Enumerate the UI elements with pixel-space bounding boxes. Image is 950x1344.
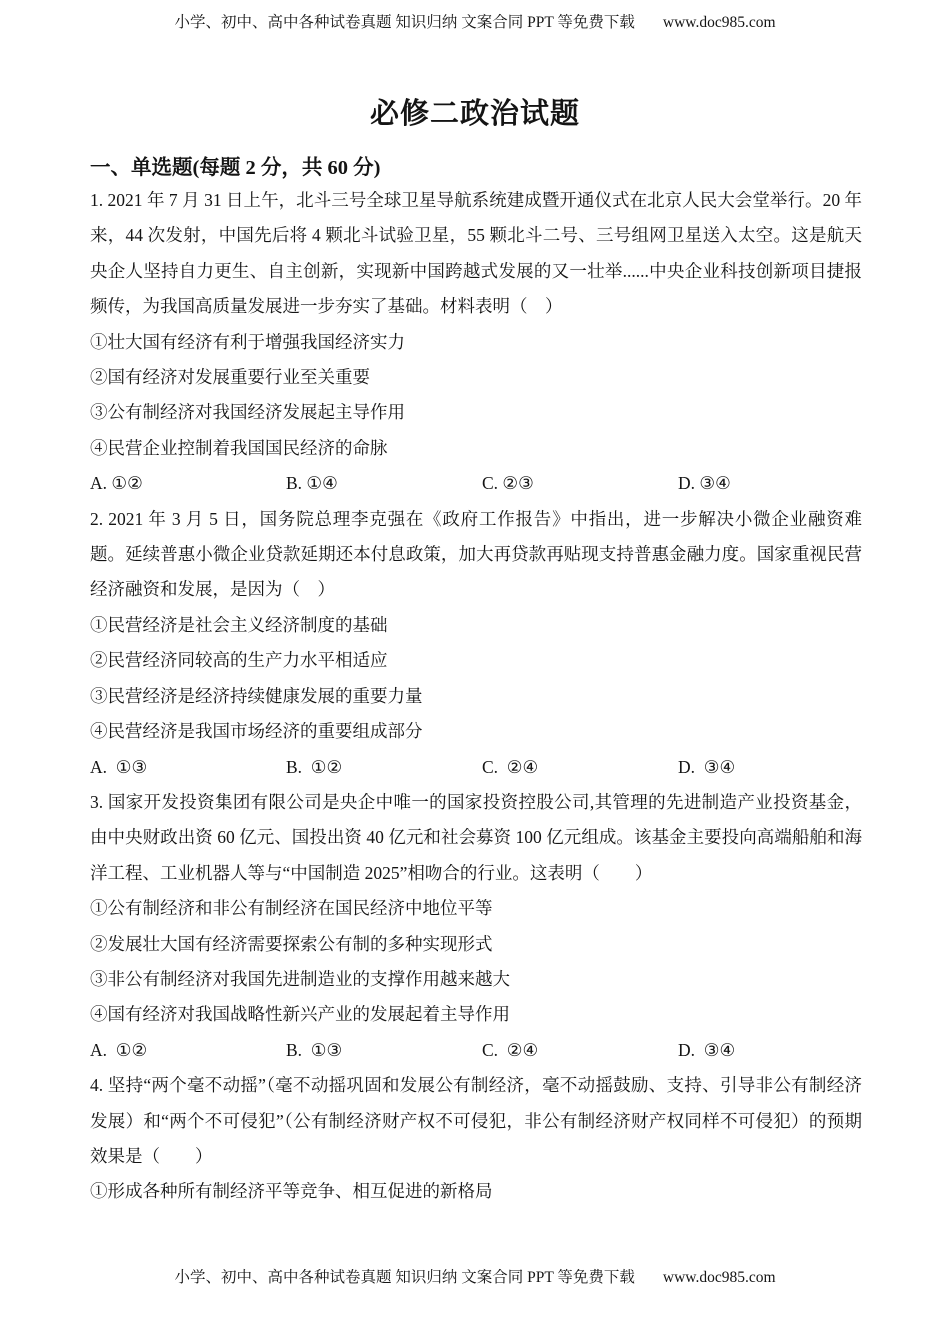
question-1-choices: A. ①② B. ①④ C. ②③ D. ③④: [90, 466, 862, 501]
question-3-choice-d: D. ③④: [678, 1033, 862, 1068]
question-2-choice-b: B. ①②: [286, 750, 482, 785]
question-3-stem: 3. 国家开发投资集团有限公司是央企中唯一的国家投资控股公司,其管理的先进制造产…: [90, 785, 862, 891]
page-header: 小学、初中、高中各种试卷真题 知识归纳 文案合同 PPT 等免费下载www.do…: [0, 0, 950, 33]
question-3-option-3: ③非公有制经济对我国先进制造业的支撑作用越来越大: [90, 962, 862, 997]
document-page: 小学、初中、高中各种试卷真题 知识归纳 文案合同 PPT 等免费下载www.do…: [0, 0, 950, 1210]
question-2: 2. 2021 年 3 月 5 日，国务院总理李克强在《政府工作报告》中指出，进…: [90, 502, 862, 785]
questions-area: 1. 2021 年 7 月 31 日上午，北斗三号全球卫星导航系统建成暨开通仪式…: [90, 183, 862, 1210]
question-2-option-1: ①民营经济是社会主义经济制度的基础: [90, 608, 862, 643]
question-2-choices: A. ①③ B. ①② C. ②④ D. ③④: [90, 750, 862, 785]
question-3-choice-c: C. ②④: [482, 1033, 678, 1068]
question-3-choice-a: A. ①②: [90, 1033, 286, 1068]
question-1-choice-b: B. ①④: [286, 466, 482, 501]
question-2-option-4: ④民营经济是我国市场经济的重要组成部分: [90, 714, 862, 749]
question-4-stem: 4. 坚持“两个毫不动摇”（毫不动摇巩固和发展公有制经济，毫不动摇鼓励、支持、引…: [90, 1068, 862, 1174]
question-1-option-1: ①壮大国有经济有利于增强我国经济实力: [90, 325, 862, 360]
question-1-option-2: ②国有经济对发展重要行业至关重要: [90, 360, 862, 395]
header-url: www.doc985.com: [663, 14, 776, 31]
question-3-option-4: ④国有经济对我国战略性新兴产业的发展起着主导作用: [90, 997, 862, 1032]
question-1-choice-c: C. ②③: [482, 466, 678, 501]
footer-url: www.doc985.com: [663, 1269, 776, 1286]
footer-text: 小学、初中、高中各种试卷真题 知识归纳 文案合同 PPT 等免费下载: [174, 1269, 634, 1286]
question-1-stem: 1. 2021 年 7 月 31 日上午，北斗三号全球卫星导航系统建成暨开通仪式…: [90, 183, 862, 325]
question-3: 3. 国家开发投资集团有限公司是央企中唯一的国家投资控股公司,其管理的先进制造产…: [90, 785, 862, 1068]
question-2-option-2: ②民营经济同较高的生产力水平相适应: [90, 643, 862, 678]
question-3-choices: A. ①② B. ①③ C. ②④ D. ③④: [90, 1033, 862, 1068]
question-2-choice-c: C. ②④: [482, 750, 678, 785]
question-3-option-2: ②发展壮大国有经济需要探索公有制的多种实现形式: [90, 927, 862, 962]
question-2-stem: 2. 2021 年 3 月 5 日，国务院总理李克强在《政府工作报告》中指出，进…: [90, 502, 862, 608]
question-1: 1. 2021 年 7 月 31 日上午，北斗三号全球卫星导航系统建成暨开通仪式…: [90, 183, 862, 502]
question-2-option-3: ③民营经济是经济持续健康发展的重要力量: [90, 679, 862, 714]
section-heading: 一、单选题(每题 2 分，共 60 分): [90, 153, 862, 183]
page-title: 必修二政治试题: [0, 97, 950, 132]
question-2-choice-d: D. ③④: [678, 750, 862, 785]
question-1-choice-d: D. ③④: [678, 466, 862, 501]
question-1-option-3: ③公有制经济对我国经济发展起主导作用: [90, 395, 862, 430]
question-3-choice-b: B. ①③: [286, 1033, 482, 1068]
header-text: 小学、初中、高中各种试卷真题 知识归纳 文案合同 PPT 等免费下载: [174, 14, 634, 31]
question-3-option-1: ①公有制经济和非公有制经济在国民经济中地位平等: [90, 891, 862, 926]
question-2-choice-a: A. ①③: [90, 750, 286, 785]
question-1-choice-a: A. ①②: [90, 466, 286, 501]
question-4-option-1: ①形成各种所有制经济平等竞争、相互促进的新格局: [90, 1174, 862, 1209]
question-1-option-4: ④民营企业控制着我国国民经济的命脉: [90, 431, 862, 466]
question-4: 4. 坚持“两个毫不动摇”（毫不动摇巩固和发展公有制经济，毫不动摇鼓励、支持、引…: [90, 1068, 862, 1210]
page-footer: 小学、初中、高中各种试卷真题 知识归纳 文案合同 PPT 等免费下载www.do…: [0, 1268, 950, 1288]
